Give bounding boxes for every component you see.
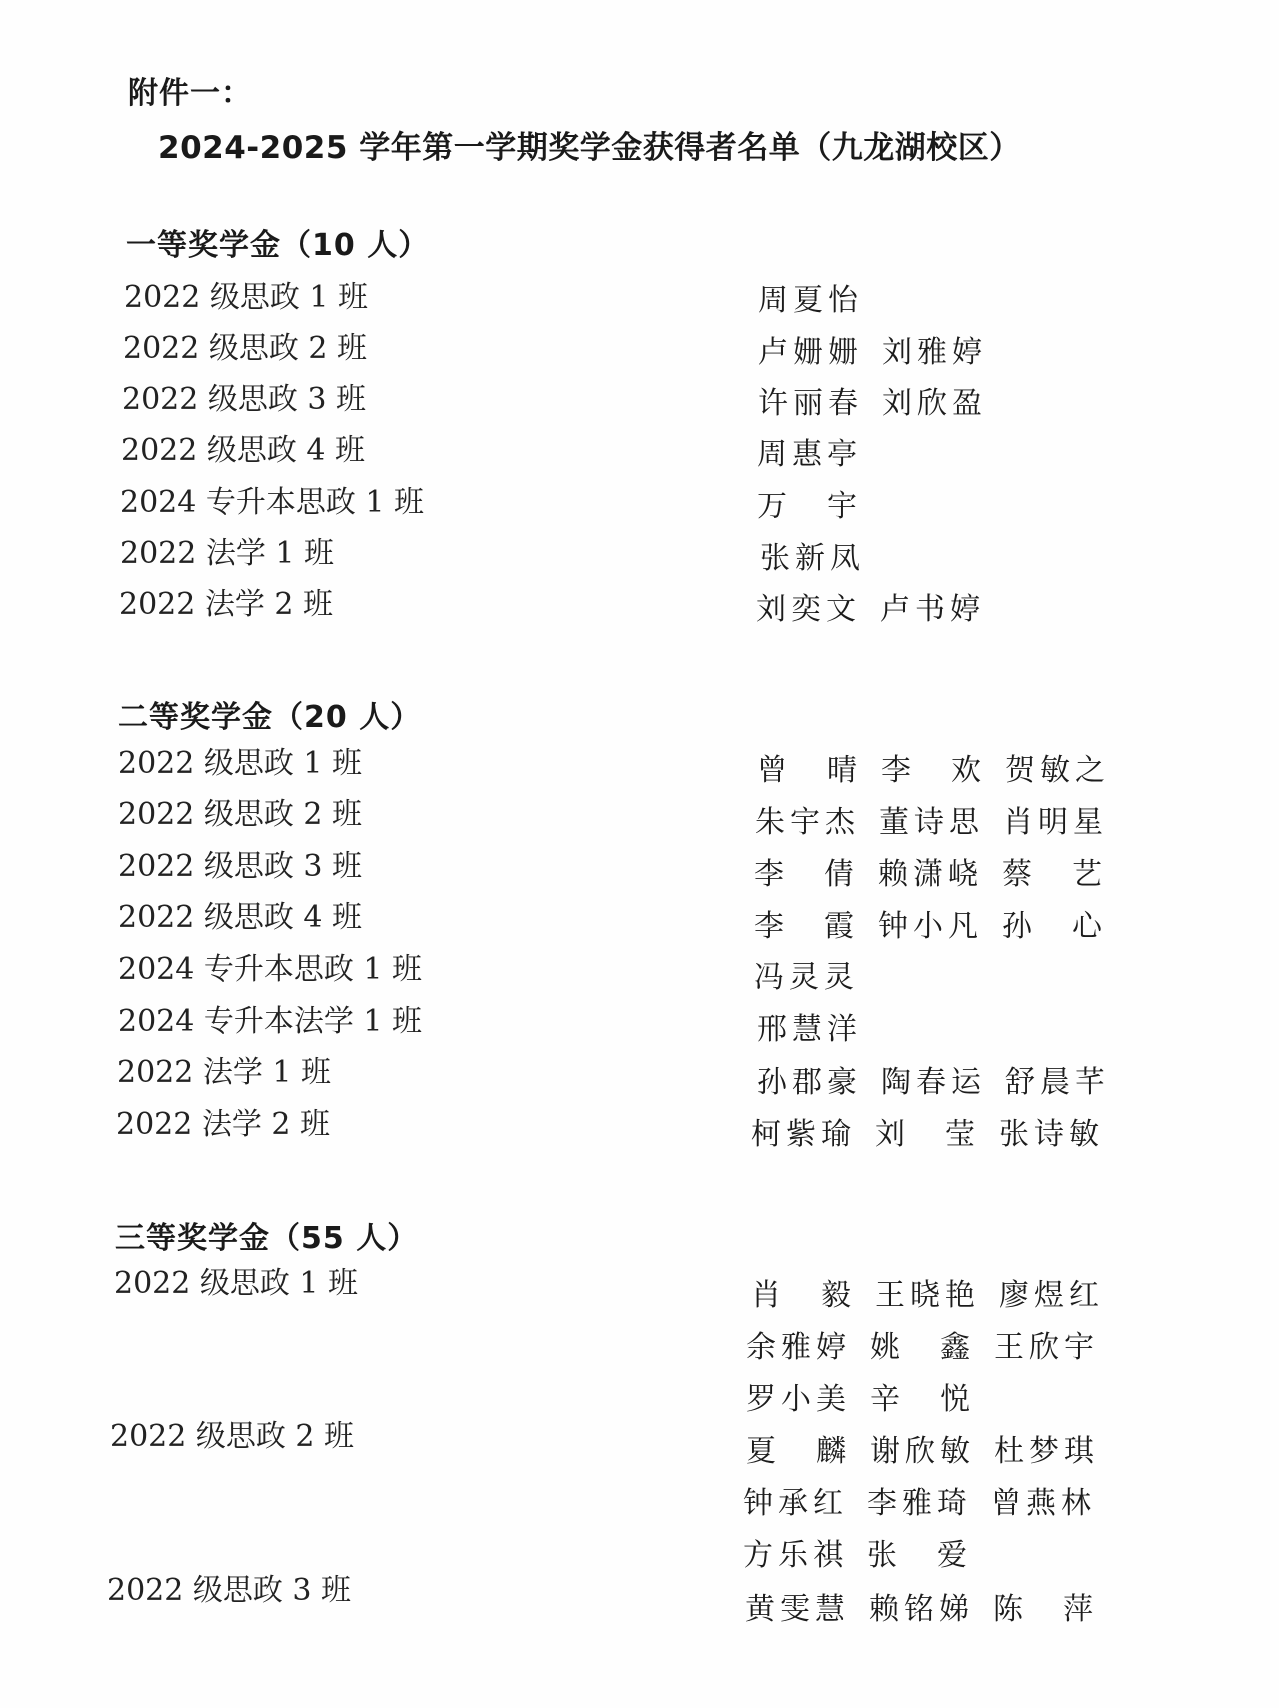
winner-name: 刘 莹 [875, 1109, 975, 1153]
winner-name: 廖煜红 [999, 1270, 1099, 1314]
winner-name: 孙 心 [1002, 901, 1102, 945]
winner-names: 刘奕文 卢书婷 [756, 584, 1004, 628]
winner-names: 周惠亭 [757, 429, 881, 473]
winner-name: 夏 麟 [746, 1426, 846, 1470]
winner-name: 方乐祺 [743, 1530, 843, 1574]
class-name: 2022 法学 2 班 [116, 1099, 330, 1143]
winner-name: 张新凤 [760, 533, 860, 577]
winner-name: 姚 鑫 [870, 1322, 970, 1366]
class-name: 2022 法学 1 班 [120, 528, 334, 572]
winner-name: 刘奕文 [756, 584, 856, 628]
class-name: 2024 专升本思政 1 班 [118, 944, 422, 988]
winner-name: 陈 萍 [993, 1584, 1093, 1628]
class-name: 2022 级思政 4 班 [121, 425, 365, 469]
section-heading-first-prize: 一等奖学金（10 人） [126, 220, 429, 264]
winner-name: 曾 晴 [757, 745, 857, 789]
winner-name: 曾燕林 [991, 1478, 1091, 1522]
winner-name: 张 爱 [867, 1530, 967, 1574]
winner-name: 王欣宇 [994, 1322, 1094, 1366]
winner-name: 张诗敏 [999, 1109, 1099, 1153]
winner-name: 孙郡豪 [757, 1057, 857, 1101]
winner-name: 董诗思 [879, 797, 979, 841]
winner-name: 钟小凡 [878, 901, 978, 945]
document-page: 附件一： 2024-2025 学年第一学期奖学金获得者名单（九龙湖校区） 一等奖… [0, 0, 1279, 1708]
winner-name: 李 欢 [881, 745, 981, 789]
winner-names: 柯紫瑜 刘 莹 张诗敏 [751, 1109, 1123, 1153]
winner-names: 朱宇杰 董诗思 肖明星 [755, 797, 1127, 841]
winner-names: 肖 毅 王晓艳 廖煜红 [751, 1270, 1123, 1314]
winner-names: 冯灵灵 [754, 952, 878, 996]
winner-names: 李 霞 钟小凡 孙 心 [754, 901, 1126, 945]
winner-name: 冯灵灵 [754, 952, 854, 996]
class-name: 2022 级思政 2 班 [123, 323, 367, 367]
class-name: 2024 专升本思政 1 班 [120, 477, 424, 521]
winner-name: 朱宇杰 [755, 797, 855, 841]
winner-names: 夏 麟 谢欣敏 杜梦琪 [746, 1426, 1118, 1470]
class-name: 2022 级思政 3 班 [122, 374, 366, 418]
winner-name: 李 倩 [754, 849, 854, 893]
winner-names: 曾 晴 李 欢 贺敏之 [757, 745, 1129, 789]
winner-name: 刘欣盈 [882, 378, 982, 422]
winner-names: 钟承红 李雅琦 曾燕林 [743, 1478, 1115, 1522]
class-name: 2022 级思政 3 班 [107, 1565, 351, 1609]
winner-name: 刘雅婷 [882, 327, 982, 371]
winner-names: 黄雯慧 赖铭娣 陈 萍 [745, 1584, 1117, 1628]
winner-names: 张新凤 [760, 533, 884, 577]
winner-name: 余雅婷 [746, 1322, 846, 1366]
winner-names: 孙郡豪 陶春运 舒晨芊 [757, 1057, 1129, 1101]
winner-name: 李 霞 [754, 901, 854, 945]
winner-name: 舒晨芊 [1005, 1057, 1105, 1101]
class-name: 2022 级思政 2 班 [118, 789, 362, 833]
class-name: 2022 法学 1 班 [117, 1047, 331, 1091]
winner-names: 邢慧洋 [757, 1004, 881, 1048]
winner-name: 万 宇 [757, 481, 857, 525]
winner-names: 余雅婷 姚 鑫 王欣宇 [746, 1322, 1118, 1366]
winner-name: 赖潇峣 [878, 849, 978, 893]
winner-name: 黄雯慧 [745, 1584, 845, 1628]
winner-names: 卢姗姗 刘雅婷 [758, 327, 1006, 371]
winner-name: 李雅琦 [867, 1478, 967, 1522]
winner-name: 杜梦琪 [994, 1426, 1094, 1470]
winner-name: 贺敏之 [1005, 745, 1105, 789]
winner-name: 钟承红 [743, 1478, 843, 1522]
class-name: 2022 级思政 3 班 [118, 841, 362, 885]
winner-name: 许丽春 [758, 378, 858, 422]
class-name: 2022 级思政 2 班 [110, 1411, 354, 1455]
winner-name: 辛 悦 [870, 1374, 970, 1418]
winner-name: 赖铭娣 [869, 1584, 969, 1628]
winner-name: 柯紫瑜 [751, 1109, 851, 1153]
class-name: 2022 级思政 4 班 [118, 892, 362, 936]
winner-name: 王晓艳 [875, 1270, 975, 1314]
class-name: 2022 级思政 1 班 [124, 272, 368, 316]
winner-name: 周惠亭 [757, 429, 857, 473]
winner-name: 谢欣敏 [870, 1426, 970, 1470]
winner-name: 邢慧洋 [757, 1004, 857, 1048]
winner-name: 肖明星 [1003, 797, 1103, 841]
winner-names: 方乐祺 张 爱 [743, 1530, 991, 1574]
winner-name: 卢书婷 [880, 584, 980, 628]
winner-name: 罗小美 [746, 1374, 846, 1418]
winner-name: 肖 毅 [751, 1270, 851, 1314]
winner-names: 李 倩 赖潇峣 蔡 艺 [754, 849, 1126, 893]
class-name: 2022 级思政 1 班 [114, 1258, 358, 1302]
attachment-label: 附件一： [128, 68, 252, 112]
class-name: 2024 专升本法学 1 班 [118, 996, 422, 1040]
winner-names: 罗小美 辛 悦 [746, 1374, 994, 1418]
winner-names: 许丽春 刘欣盈 [758, 378, 1006, 422]
winner-name: 周夏怡 [758, 275, 858, 319]
winner-names: 周夏怡 [758, 275, 882, 319]
class-name: 2022 级思政 1 班 [118, 738, 362, 782]
winner-name: 陶春运 [881, 1057, 981, 1101]
winner-names: 万 宇 [757, 481, 881, 525]
class-name: 2022 法学 2 班 [119, 579, 333, 623]
winner-name: 蔡 艺 [1002, 849, 1102, 893]
winner-name: 卢姗姗 [758, 327, 858, 371]
section-heading-third-prize: 三等奖学金（55 人） [115, 1213, 418, 1257]
section-heading-second-prize: 二等奖学金（20 人） [118, 692, 421, 736]
document-title: 2024-2025 学年第一学期奖学金获得者名单（九龙湖校区） [158, 122, 1021, 167]
